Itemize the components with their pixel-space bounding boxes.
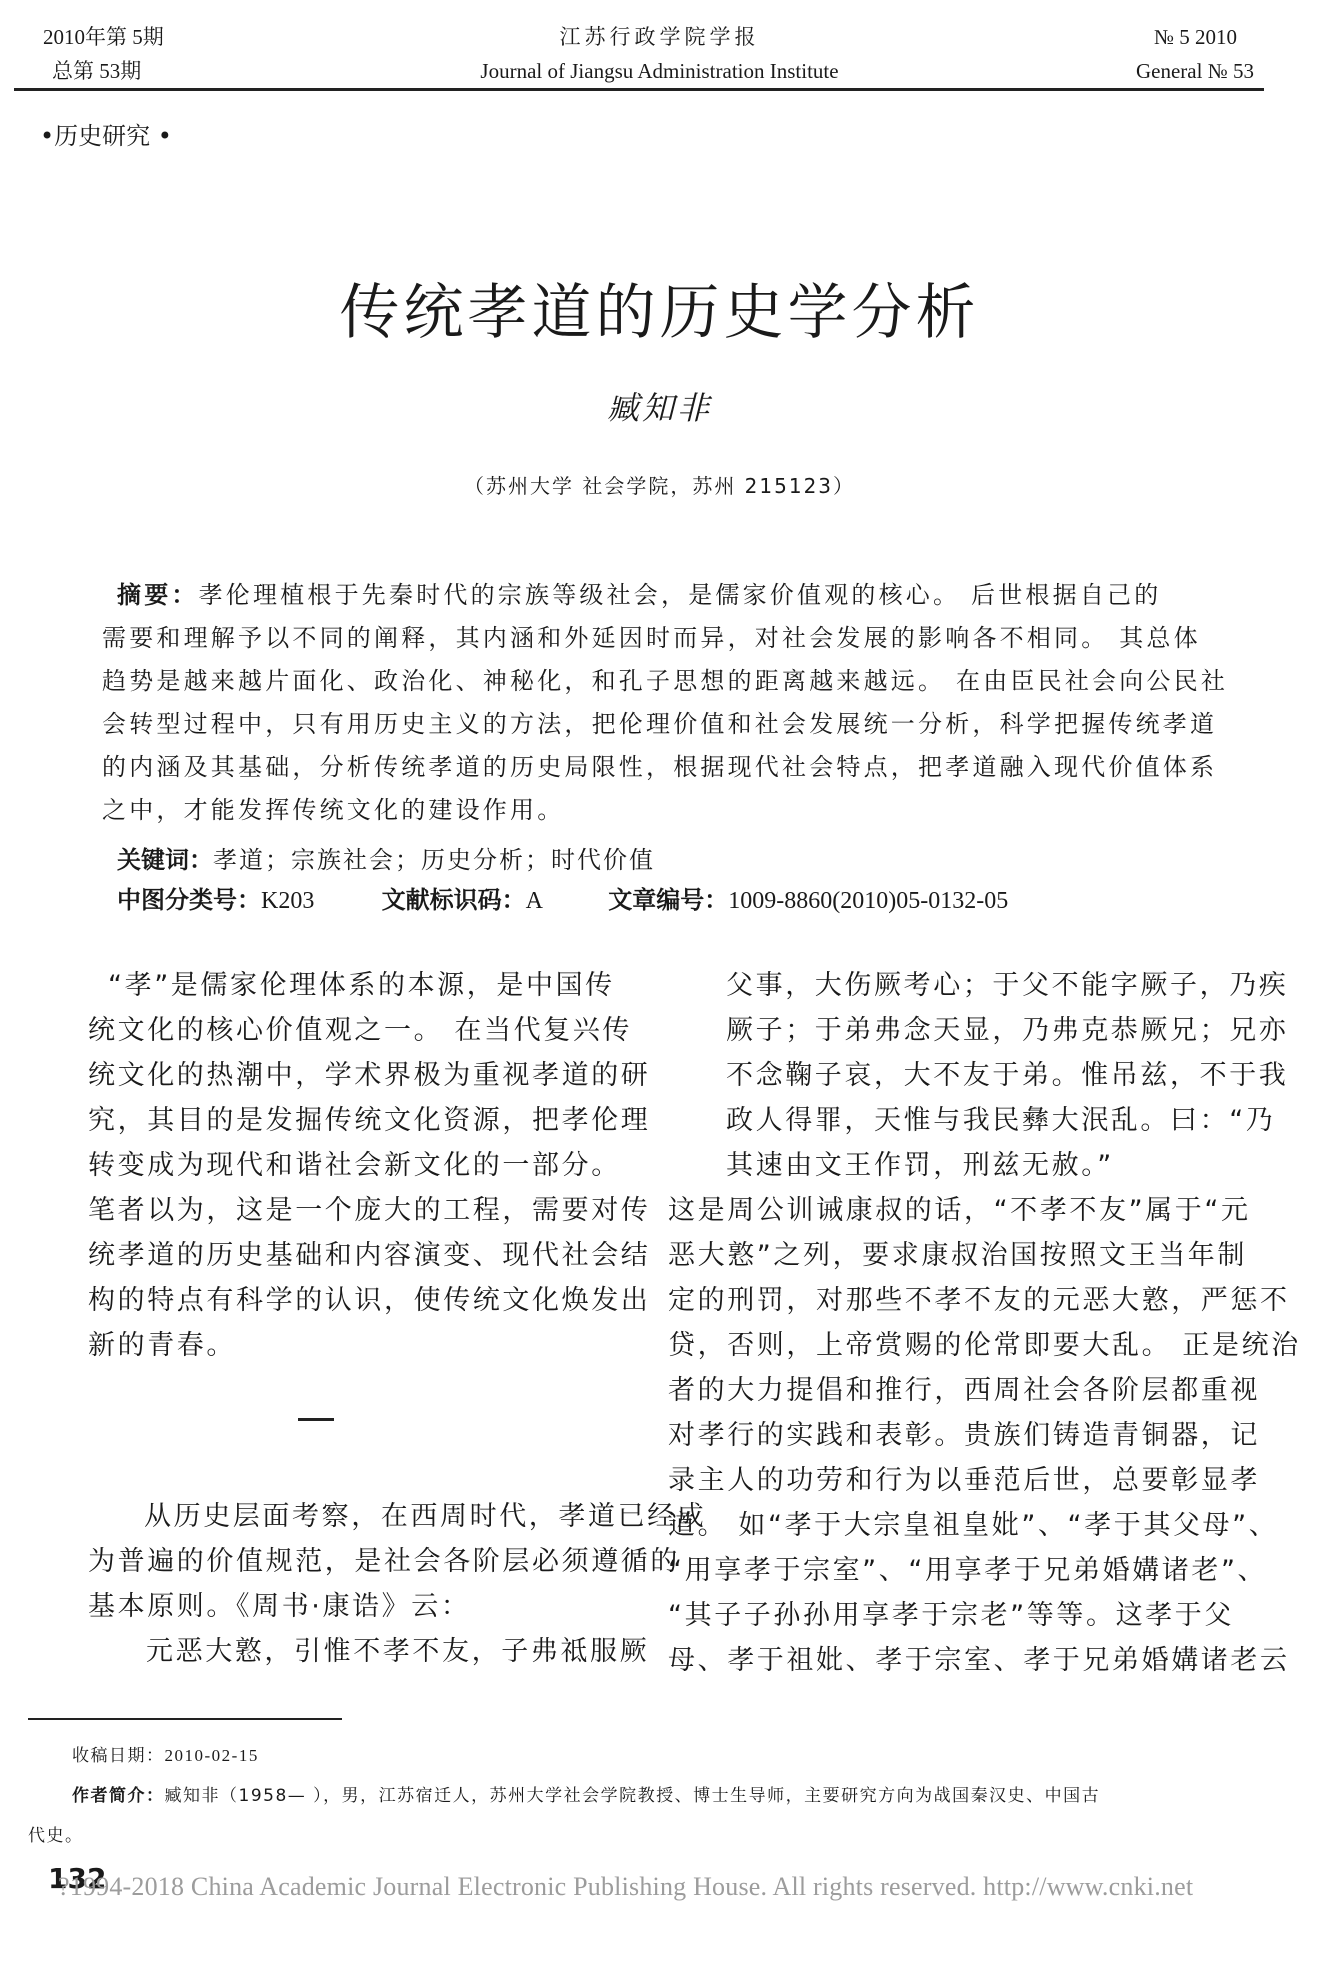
body-line: “用享孝于宗室”、“用享孝于兄弟婚媾诸老”、 xyxy=(668,1548,1253,1593)
received-value: 2010-02-15 xyxy=(165,1746,259,1765)
abstract-line: 之中，才能发挥传统文化的建设作用。 xyxy=(102,789,1220,832)
abstract-line: 趋势是越来越片面化、政治化、神秘化，和孔子思想的距离越来越远。 在由臣民社会向公… xyxy=(102,660,1220,703)
abstract: 摘要：孝伦理植根于先秦时代的宗族等级社会，是儒家价值观的核心。 后世根据自己的 … xyxy=(102,574,1220,832)
body-line: 新的青春。 xyxy=(88,1323,608,1368)
body-line: 统孝道的历史基础和内容演变、现代社会结 xyxy=(88,1233,608,1278)
author-intro-cont: 代史。 xyxy=(28,1825,84,1847)
author-intro-value: 臧知非（1958— ），男，江苏宿迁人，苏州大学社会学院教授、博士生导师，主要研… xyxy=(165,1786,1101,1806)
author-affiliation: （苏州大学 社会学院，苏州 215123） xyxy=(0,470,1319,499)
section-label: •历史研究 • xyxy=(40,116,172,151)
body-line: 贷，否则，上帝赏赐的伦常即要大乱。 正是统治 xyxy=(668,1323,1253,1368)
quote-line: 其速由文王作罚，刑兹无赦。” xyxy=(668,1143,1253,1188)
body-line: 母、孝于祖妣、孝于宗室、孝于兄弟婚媾诸老云 xyxy=(668,1638,1253,1683)
left-column-section: 从历史层面考察，在西周时代，孝道已经成 为普遍的价值规范，是社会各阶层必须遵循的… xyxy=(88,1494,608,1674)
footnote-rule xyxy=(28,1718,342,1720)
body-line: 者的大力提倡和推行，西周社会各阶层都重视 xyxy=(668,1368,1253,1413)
abstract-line: 摘要：孝伦理植根于先秦时代的宗族等级社会，是儒家价值观的核心。 后世根据自己的 xyxy=(102,574,1220,617)
body-line: 统文化的核心价值观之一。 在当代复兴传 xyxy=(88,1008,608,1053)
body-line: 从历史层面考察，在西周时代，孝道已经成 xyxy=(88,1494,608,1539)
body-line: 恶大憝”之列，要求康叔治国按照文王当年制 xyxy=(668,1233,1253,1278)
quote-line: 厥子；于弟弗念天显，乃弗克恭厥兄；兄亦 xyxy=(668,1008,1253,1053)
issue-number-en: № 5 2010 xyxy=(1154,22,1237,52)
classification-line: 中图分类号：K203 文献标识码：A 文章编号：1009-8860(2010)0… xyxy=(117,882,1008,919)
abstract-label: 摘要： xyxy=(117,581,199,609)
body-line: 笔者以为，这是一个庞大的工程，需要对传 xyxy=(88,1188,608,1233)
header-rule xyxy=(14,88,1264,91)
abstract-line: 会转型过程中，只有用历史主义的方法，把伦理价值和社会发展统一分析，科学把握传统孝… xyxy=(102,703,1220,746)
quote-line: 父事，大伤厥考心；于父不能字厥子，乃疾 xyxy=(668,963,1253,1008)
article-no-label: 文章编号： xyxy=(608,886,728,914)
body-line: 转变成为现代和谐社会新文化的一部分。 xyxy=(88,1143,608,1188)
body-line: 统文化的热潮中，学术界极为重视孝道的研 xyxy=(88,1053,608,1098)
clc-value: K203 xyxy=(261,888,314,914)
quote-line: 元恶大憝，引惟不孝不友，子弗祗服厥 xyxy=(88,1629,608,1674)
abstract-line: 的内涵及其基础，分析传统孝道的历史局限性，根据现代社会特点，把孝道融入现代价值体… xyxy=(102,746,1220,789)
received-label: 收稿日期： xyxy=(72,1746,165,1766)
body-line: 定的刑罚，对那些不孝不友的元恶大憝，严惩不 xyxy=(668,1278,1253,1323)
left-column: “孝”是儒家伦理体系的本源，是中国传 统文化的核心价值观之一。 在当代复兴传 统… xyxy=(88,963,608,1368)
section-heading-one xyxy=(298,1418,334,1421)
author-intro: 作者简介：臧知非（1958— ），男，江苏宿迁人，苏州大学社会学院教授、博士生导… xyxy=(72,1785,1100,1807)
received-date: 收稿日期：2010-02-15 xyxy=(72,1745,259,1767)
keywords-label: 关键词： xyxy=(117,846,213,874)
author-intro-label: 作者简介： xyxy=(72,1786,165,1806)
keywords-value: 孝道；宗族社会；历史分析；时代价值 xyxy=(213,846,655,874)
article-no-value: 1009-8860(2010)05-0132-05 xyxy=(728,888,1008,914)
body-line: “孝”是儒家伦理体系的本源，是中国传 xyxy=(88,963,608,1008)
body-line: 为普遍的价值规范，是社会各阶层必须遵循的 xyxy=(88,1539,608,1584)
body-line: 对孝行的实践和表彰。贵族们铸造青铜器，记 xyxy=(668,1413,1253,1458)
body-line: “其子子孙孙用享孝于宗老”等等。这孝于父 xyxy=(668,1593,1253,1638)
doc-code-label: 文献标识码： xyxy=(382,886,526,914)
article-title: 传统孝道的历史学分析 xyxy=(0,265,1319,351)
quote-line: 不念鞠子哀，大不友于弟。惟吊兹，不于我 xyxy=(668,1053,1253,1098)
body-line: 这是周公训诫康叔的话，“不孝不友”属于“元 xyxy=(668,1188,1253,1233)
clc-label: 中图分类号： xyxy=(117,886,261,914)
copyright-notice: ?1994-2018 China Academic Journal Electr… xyxy=(58,1872,1193,1902)
journal-title-cn: 江苏行政学院学报 xyxy=(0,22,1319,52)
quote-line: 政人得罪，天惟与我民彝大泯乱。曰：“乃 xyxy=(668,1098,1253,1143)
keywords: 关键词：孝道；宗族社会；历史分析；时代价值 xyxy=(117,842,655,878)
body-line: 道。 如“孝于大宗皇祖皇妣”、“孝于其父母”、 xyxy=(668,1503,1253,1548)
abstract-line: 需要和理解予以不同的阐释，其内涵和外延因时而异，对社会发展的影响各不相同。 其总… xyxy=(102,617,1220,660)
body-line: 录主人的功劳和行为以垂范后世，总要彰显孝 xyxy=(668,1458,1253,1503)
doc-code-value: A xyxy=(526,888,543,914)
author-name: 臧知非 xyxy=(0,383,1319,429)
body-line: 构的特点有科学的认识，使传统文化焕发出 xyxy=(88,1278,608,1323)
right-column: 父事，大伤厥考心；于父不能字厥子，乃疾 厥子；于弟弗念天显，乃弗克恭厥兄；兄亦 … xyxy=(668,963,1253,1683)
journal-title-en: Journal of Jiangsu Administration Instit… xyxy=(0,56,1319,86)
general-number: General № 53 xyxy=(1136,56,1254,86)
body-line: 究，其目的是发掘传统文化资源，把孝伦理 xyxy=(88,1098,608,1143)
body-line: 基本原则。《周书·康诰》云： xyxy=(88,1584,608,1629)
